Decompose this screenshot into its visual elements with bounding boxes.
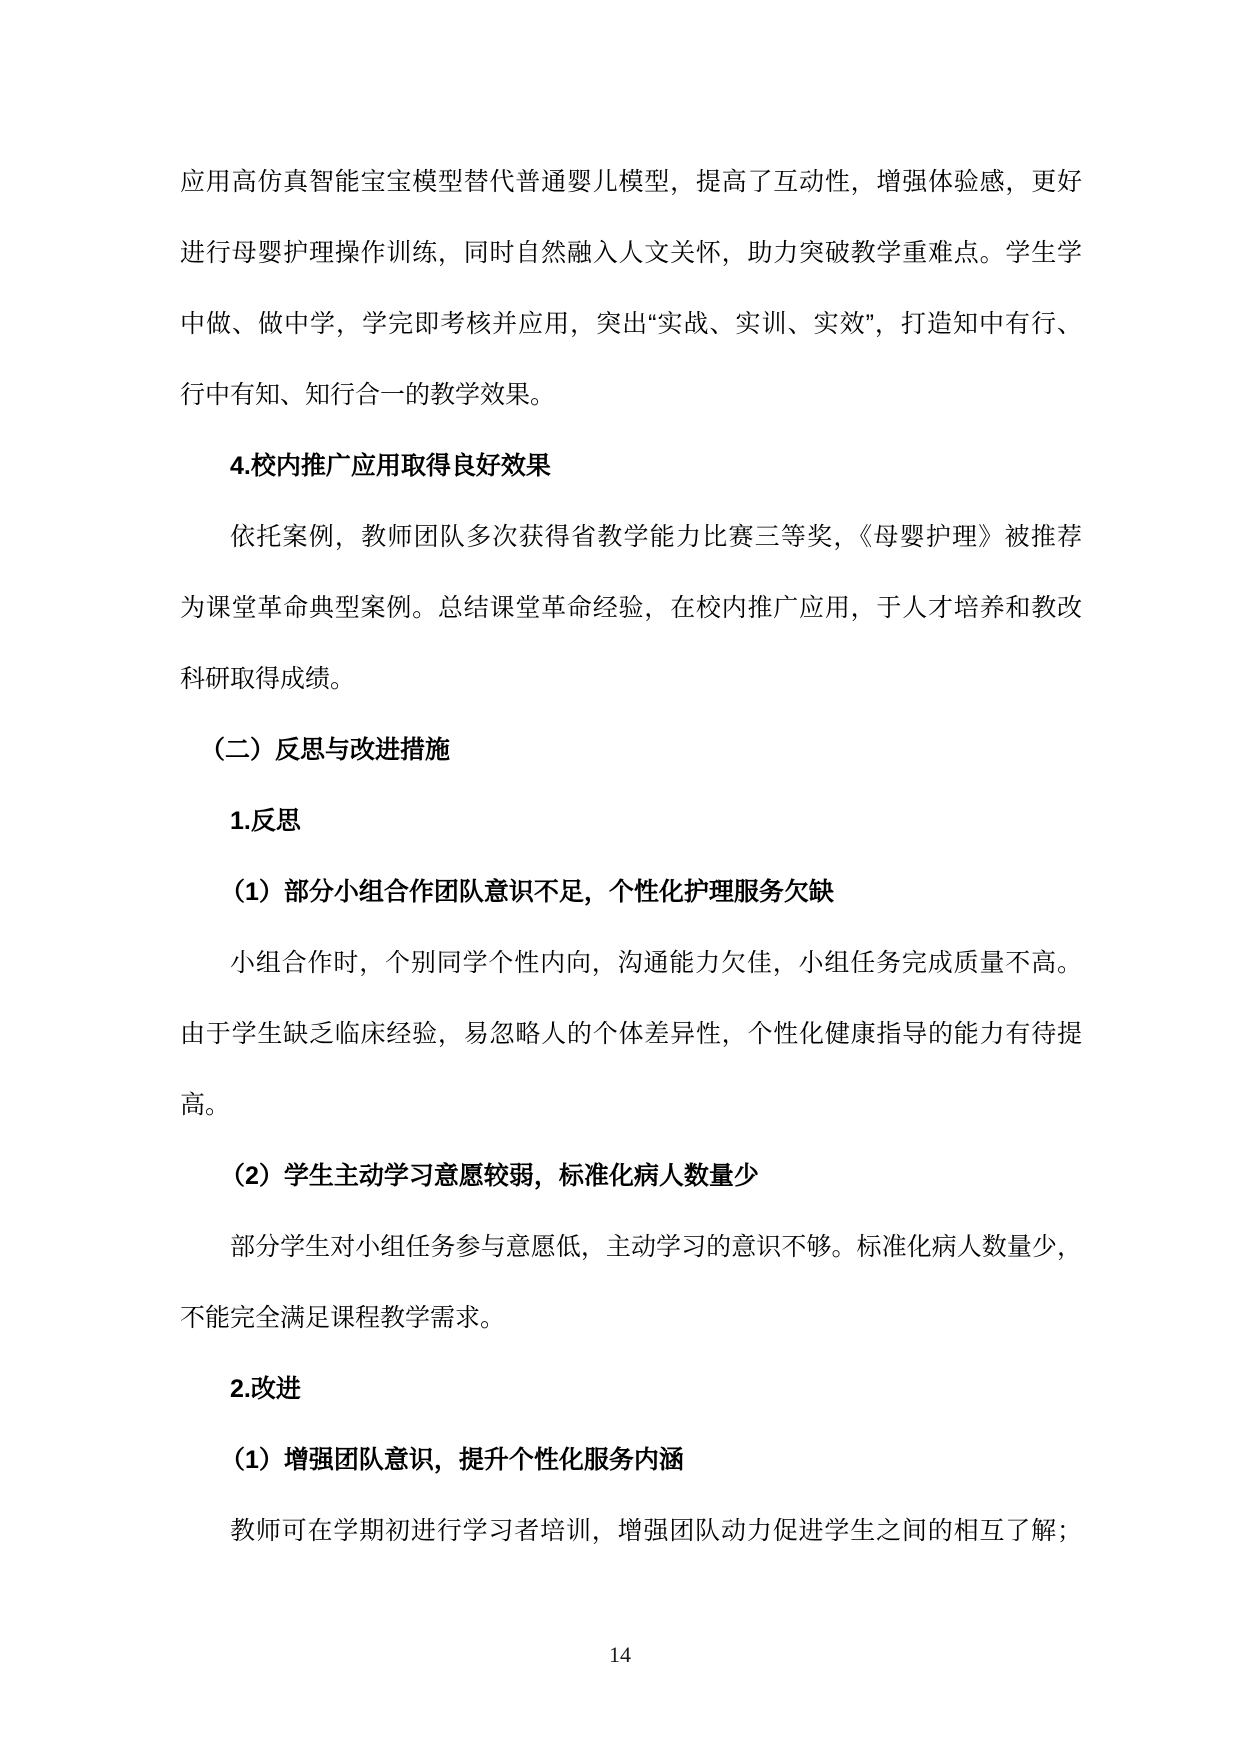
text-line: 中做、做中学，学完即考核并应用，突出“实战、实训、实效”，打造知中有行、 [180, 289, 1082, 360]
paragraph: 小组合作时，个别同学个性内向，沟通能力欠佳，小组任务完成质量不高。由于学生缺乏临… [180, 928, 1082, 1141]
text-line: 部分学生对小组任务参与意愿低，主动学习的意识不够。标准化病人数量少， [180, 1212, 1082, 1283]
paragraph: 部分学生对小组任务参与意愿低，主动学习的意识不够。标准化病人数量少，不能完全满足… [180, 1212, 1082, 1354]
heading-line: （1）部分小组合作团队意识不足，个性化护理服务欠缺 [180, 857, 1082, 928]
text-line: 应用高仿真智能宝宝模型替代普通婴儿模型，提高了互动性，增强体验感，更好 [180, 147, 1082, 218]
heading: （2）学生主动学习意愿较弱，标准化病人数量少 [180, 1141, 1082, 1212]
heading: （1）部分小组合作团队意识不足，个性化护理服务欠缺 [180, 857, 1082, 928]
page-number: 14 [0, 1640, 1240, 1670]
heading-line: （2）学生主动学习意愿较弱，标准化病人数量少 [180, 1141, 1082, 1212]
heading-line: 2.改进 [180, 1354, 1082, 1425]
text-line: 进行母婴护理操作训练，同时自然融入人文关怀，助力突破教学重难点。学生学 [180, 218, 1082, 289]
paragraph: 应用高仿真智能宝宝模型替代普通婴儿模型，提高了互动性，增强体验感，更好进行母婴护… [180, 147, 1082, 431]
text-line: 不能完全满足课程教学需求。 [180, 1283, 1082, 1354]
text-line: 高。 [180, 1070, 1082, 1141]
heading-line: （1）增强团队意识，提升个性化服务内涵 [180, 1425, 1082, 1496]
heading-line: 1.反思 [180, 786, 1082, 857]
heading-line: （二）反思与改进措施 [180, 715, 1082, 786]
heading: 2.改进 [180, 1354, 1082, 1425]
heading: （二）反思与改进措施 [180, 715, 1082, 786]
text-line: 依托案例，教师团队多次获得省教学能力比赛三等奖，《母婴护理》被推荐 [180, 502, 1082, 573]
heading: 1.反思 [180, 786, 1082, 857]
document-body: 应用高仿真智能宝宝模型替代普通婴儿模型，提高了互动性，增强体验感，更好进行母婴护… [180, 147, 1082, 1567]
heading-line: 4.校内推广应用取得良好效果 [180, 431, 1082, 502]
text-line: 为课堂革命典型案例。总结课堂革命经验，在校内推广应用，于人才培养和教改 [180, 573, 1082, 644]
text-line: 科研取得成绩。 [180, 644, 1082, 715]
text-line: 小组合作时，个别同学个性内向，沟通能力欠佳，小组任务完成质量不高。 [180, 928, 1082, 999]
heading: （1）增强团队意识，提升个性化服务内涵 [180, 1425, 1082, 1496]
text-line: 由于学生缺乏临床经验，易忽略人的个体差异性，个性化健康指导的能力有待提 [180, 999, 1082, 1070]
document-page: 应用高仿真智能宝宝模型替代普通婴儿模型，提高了互动性，增强体验感，更好进行母婴护… [0, 0, 1240, 1753]
text-line: 教师可在学期初进行学习者培训，增强团队动力促进学生之间的相互了解； [180, 1496, 1082, 1567]
text-line: 行中有知、知行合一的教学效果。 [180, 360, 1082, 431]
heading: 4.校内推广应用取得良好效果 [180, 431, 1082, 502]
paragraph: 教师可在学期初进行学习者培训，增强团队动力促进学生之间的相互了解； [180, 1496, 1082, 1567]
paragraph: 依托案例，教师团队多次获得省教学能力比赛三等奖，《母婴护理》被推荐为课堂革命典型… [180, 502, 1082, 715]
